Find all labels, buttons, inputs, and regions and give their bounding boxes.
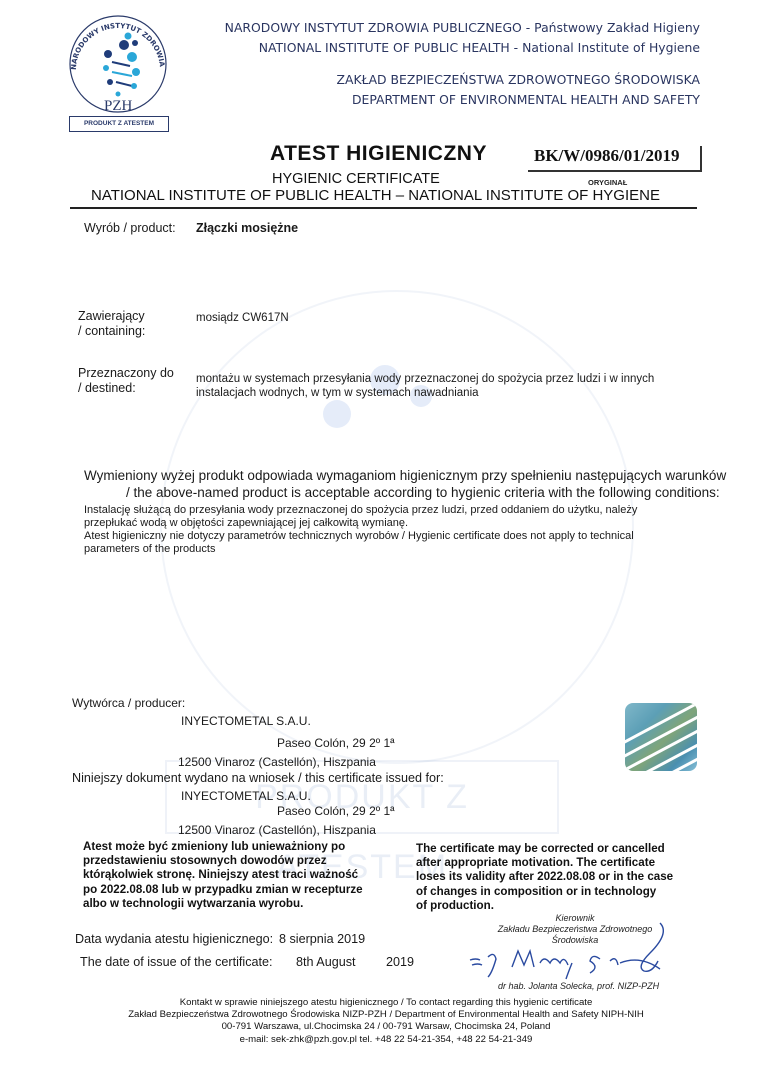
department-name-en: DEPARTMENT OF ENVIRONMENTAL HEALTH AND S… — [352, 92, 700, 107]
destined-value-line2: instalacjach wodnych, w tym w systemach … — [196, 386, 479, 400]
validity-line: after appropriate motivation. The certif… — [416, 856, 716, 870]
hologram-sticker — [625, 703, 697, 771]
issued-for-name: INYECTOMETAL S.A.U. — [181, 789, 311, 803]
certificate-subtitle: HYGIENIC CERTIFICATE — [272, 171, 440, 187]
conditions-heading-en: / the above-named product is acceptable … — [126, 485, 720, 500]
reference-number: BK/W/0986/01/2019 — [534, 146, 679, 166]
producer-name: INYECTOMETAL S.A.U. — [181, 714, 311, 728]
contact-footer: Kontakt w sprawie niniejszego atestu hig… — [60, 997, 712, 1046]
conditions-line: Instalację służącą do przesyłania wody p… — [84, 504, 704, 517]
conditions-line: przepłukać wodą w objętości zapewniające… — [84, 517, 704, 530]
handwritten-signature-icon — [460, 915, 690, 980]
containing-value: mosiądz CW617N — [196, 311, 289, 325]
containing-label-en: / containing: — [78, 324, 145, 339]
product-value: Złączki mosiężne — [196, 221, 298, 235]
original-mark: ORYGINAŁ — [588, 178, 627, 187]
certificate-title: ATEST HIGIENICZNY — [270, 142, 487, 166]
product-with-certificate-badge: PRODUKT Z ATESTEM — [69, 116, 169, 132]
destined-label-en: / destined: — [78, 381, 136, 396]
validity-line: of changes in composition or in technolo… — [416, 885, 716, 899]
validity-line: przedstawieniu stosownych dowodów przez — [83, 854, 383, 868]
destined-value-line1: montażu w systemach przesyłania wody prz… — [196, 372, 654, 386]
signatory-name: dr hab. Jolanta Solecka, prof. NIZP-PZH — [498, 981, 659, 991]
issue-date-label-en: The date of issue of the certificate: — [80, 955, 273, 969]
footer-contact-line: e-mail: sek-zhk@pzh.gov.pl tel. +48 22 5… — [60, 1034, 712, 1046]
validity-text-en: The certificate may be corrected or canc… — [416, 842, 716, 913]
title-divider — [70, 207, 697, 209]
footer-line: Kontakt w sprawie niniejszego atestu hig… — [60, 997, 712, 1009]
producer-city: 12500 Vinaroz (Castellón), Hiszpania — [178, 755, 376, 769]
watermark-dot — [323, 400, 351, 428]
issue-date-label-pl: Data wydania atestu higienicznego: — [75, 932, 273, 946]
validity-line: Atest może być zmieniony lub unieważnion… — [83, 840, 383, 854]
issued-for-city: 12500 Vinaroz (Castellón), Hiszpania — [178, 823, 376, 837]
issue-date-day-en: 8th August — [296, 955, 356, 969]
svg-text:PZH: PZH — [104, 98, 133, 114]
validity-text-pl: Atest może być zmieniony lub unieważnion… — [83, 840, 383, 911]
validity-line: którąkolwiek stronę. Niniejszy atest tra… — [83, 868, 383, 882]
department-name-pl: ZAKŁAD BEZPIECZEŃSTWA ZDROWOTNEGO ŚRODOW… — [337, 72, 700, 87]
producer-label: Wytwórca / producer: — [72, 696, 185, 710]
institute-name-pl: NARODOWY INSTYTUT ZDROWIA PUBLICZNEGO - … — [225, 20, 700, 35]
issue-date-value-pl: 8 sierpnia 2019 — [279, 932, 365, 946]
conditions-heading-pl: Wymieniony wyżej produkt odpowiada wymag… — [84, 466, 726, 485]
pzh-seal-icon: NARODOWY INSTYTUT ZDROWIA PUBLICZNEGO PZ… — [62, 12, 174, 116]
validity-line: loses its validity after 2022.08.08 or i… — [416, 870, 716, 884]
producer-street: Paseo Colón, 29 2º 1ª — [277, 736, 395, 750]
institute-banner: NATIONAL INSTITUTE OF PUBLIC HEALTH – NA… — [91, 187, 660, 204]
validity-line: po 2022.08.08 lub w przypadku zmian w re… — [83, 883, 383, 897]
containing-label-pl: Zawierający — [78, 309, 145, 324]
footer-line: Zakład Bezpieczeństwa Zdrowotnego Środow… — [60, 1009, 712, 1021]
pzh-logo: NARODOWY INSTYTUT ZDROWIA PUBLICZNEGO PZ… — [62, 12, 174, 126]
product-label: Wyrób / product: — [84, 221, 176, 236]
conditions-body: Instalację służącą do przesyłania wody p… — [84, 504, 704, 556]
conditions-line: Atest higieniczny nie dotyczy parametrów… — [84, 530, 704, 543]
conditions-line: parameters of the products — [84, 543, 704, 556]
validity-line: of production. — [416, 899, 716, 913]
institute-name-en: NATIONAL INSTITUTE OF PUBLIC HEALTH - Na… — [259, 40, 700, 55]
destined-label-pl: Przeznaczony do — [78, 366, 174, 381]
issue-date-year-en: 2019 — [386, 955, 414, 969]
validity-line: albo w technologii wytwarzania wyrobu. — [83, 897, 383, 911]
footer-line: 00-791 Warszawa, ul.Chocimska 24 / 00-79… — [60, 1021, 712, 1033]
issued-for-street: Paseo Colón, 29 2º 1ª — [277, 804, 395, 818]
issued-for-label: Niniejszy dokument wydano na wniosek / t… — [72, 771, 444, 785]
validity-line: The certificate may be corrected or canc… — [416, 842, 716, 856]
